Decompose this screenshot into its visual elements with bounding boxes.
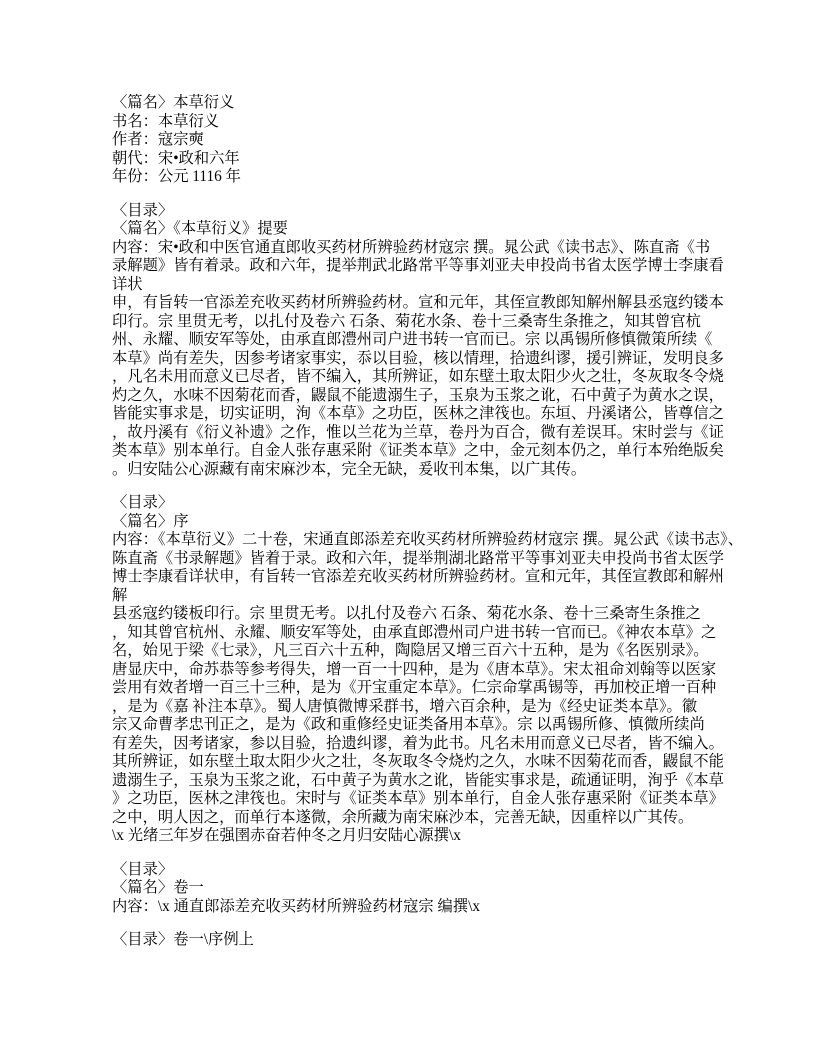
text-line: 类本草》别本单行。自金人张存惠采附《证类本草》之中，金元刻本仍之，单行本殆绝版矣 (112, 442, 746, 461)
text-line: 皆能实事求是，切实证明，洵《本草》之功臣，医林之津筏也。东垣、丹溪诸公，皆尊信之 (112, 405, 746, 424)
text-line: 〈篇名〉《本草衍义》提要 (112, 220, 746, 239)
text-line: 内容：《本草衍义》二十卷，宋通直郎添差充收买药材所辨验药材寇宗 撰。晁公武《读书… (112, 531, 746, 550)
text-line: ，故丹溪有《衍义补遗》之作，惟以兰花为兰草，卷丹为百合，微有差误耳。宋时尝与《证 (112, 424, 746, 443)
text-line: 之中，明人因之，而单行本遂微，余所藏为南宋麻沙本，完善无缺，因重梓以广其传。 (112, 809, 746, 828)
text-line: 内容：\x 通直郎添差充收买药材所辨验药材寇宗 编撰\x (112, 898, 746, 917)
text-line: 申，有旨转一官添差充收买药材所辨验药材。宣和元年，其侄宣教郎知解州解县丞寇约镂本 (112, 294, 746, 313)
text-line: 〈篇名〉序 (112, 513, 746, 532)
text-line: 。归安陆公心源藏有南宋麻沙本，完全无缺，爰收刊本集，以广其传。 (112, 461, 746, 480)
document-page: 〈篇名〉本草衍义书名：本草衍义作者：寇宗奭朝代：宋•政和六年年份：公元 1116… (0, 0, 816, 1056)
text-line: \x 光绪三年岁在强圉赤奋若仲冬之月归安陆心源撰\x (112, 827, 746, 846)
text-line: 本草》尚有差失，因参考诸家事实，忝以目验，核以情理，拾遗纠谬，援引辨证，发明良多 (112, 350, 746, 369)
text-line: ，凡名未用而意义已尽者，皆不编入，其所辨证，如东壁土取太阳少火之壮，冬灰取冬令烧 (112, 368, 746, 387)
text-line: 博士李康看详状申，有旨转一官添差充收买药材所辨验药材。宣和元年，其侄宣教郎和解州 (112, 568, 746, 587)
text-line: 朝代：宋•政和六年 (112, 150, 746, 169)
text-line: 〈篇名〉卷一 (112, 879, 746, 898)
text-line: 年份：公元 1116 年 (112, 168, 746, 187)
document-body: 〈篇名〉本草衍义书名：本草衍义作者：寇宗奭朝代：宋•政和六年年份：公元 1116… (112, 94, 746, 950)
text-line: 〈目录〉卷一\序例上 (112, 931, 746, 950)
text-line: 〈目录〉 (112, 494, 746, 513)
text-line: 解 (112, 587, 746, 606)
text-line: 宗又命曹孝忠刊正之，是为《政和重修经史证类备用本草》。宗 以禹锡所修、慎微所续尚 (112, 716, 746, 735)
text-line: 遗溺生子，玉泉为玉浆之讹，石中黄子为黄水之讹，皆能实事求是，疏通证明，洵乎《本草 (112, 772, 746, 791)
text-line: ，是为《嘉 补注本草》。蜀人唐慎微博采群书，增六百余种，是为《经史证类本草》。徽 (112, 698, 746, 717)
text-line: ，知其曾官杭州、永耀、顺安军等处，由承直郎澧州司户进书转一官而已。《神农本草》之 (112, 624, 746, 643)
text-line: 》之功臣，医林之津筏也。宋时与《证类本草》别本单行，自金人张存惠采附《证类本草》 (112, 790, 746, 809)
text-line: 唐显庆中，命苏恭等参考得失，增一百一十四种，是为《唐本草》。宋太祖命刘翰等以医家 (112, 661, 746, 680)
section-xu: 〈目录〉〈篇名〉序内容：《本草衍义》二十卷，宋通直郎添差充收买药材所辨验药材寇宗… (112, 494, 746, 846)
text-line: 名，始见于梁《七录》，凡三百六十五种，陶隐居又增三百六十五种，是为《名医别录》。 (112, 642, 746, 661)
text-line: 尝用有效者增一百三十三种，是为《开宝重定本草》。仁宗命掌禹锡等，再加校正增一百种 (112, 679, 746, 698)
section-juan-1: 〈目录〉〈篇名〉卷一内容：\x 通直郎添差充收买药材所辨验药材寇宗 编撰\x (112, 861, 746, 917)
text-line: 〈篇名〉本草衍义 (112, 94, 746, 113)
text-line: 详状 (112, 276, 746, 295)
text-line: 县丞寇约镂板印行。宗 里贯无考。以扎付及卷六 石条、菊花水条、卷十三桑寄生条推之 (112, 605, 746, 624)
text-line: 州、永耀、顺安军等处，由承直郎澧州司户进书转一官而已。宗 以禹锡所修慎微策所续《 (112, 331, 746, 350)
text-line: 内容：宋•政和中医官通直郎收买药材所辨验药材寇宗 撰。晁公武《读书志》、陈直斋《… (112, 239, 746, 258)
section-header: 〈篇名〉本草衍义书名：本草衍义作者：寇宗奭朝代：宋•政和六年年份：公元 1116… (112, 94, 746, 187)
section-tiyao: 〈目录〉〈篇名〉《本草衍义》提要内容：宋•政和中医官通直郎收买药材所辨验药材寇宗… (112, 202, 746, 480)
text-line: 〈目录〉 (112, 202, 746, 221)
text-line: 陈直斋《书录解题》皆着于录。政和六年，提举荆湖北路常平等事刘亚夫申投尚书省太医学 (112, 550, 746, 569)
text-line: 灼之久，水味不因菊花而香，鼹鼠不能遗溺生子，玉泉为玉浆之讹，石中黄子为黄水之误， (112, 387, 746, 406)
section-mulu-juan1-xulie: 〈目录〉卷一\序例上 (112, 931, 746, 950)
text-line: 其所辨证，如东壁土取太阳少火之壮，冬灰取冬令烧灼之久，水味不因菊花而香，鼹鼠不能 (112, 753, 746, 772)
text-line: 作者：寇宗奭 (112, 131, 746, 150)
text-line: 书名：本草衍义 (112, 113, 746, 132)
text-line: 〈目录〉 (112, 861, 746, 880)
text-line: 有差失，因考诸家，参以目验，拾遗纠谬，着为此书。凡名未用而意义已尽者，皆不编入。 (112, 735, 746, 754)
text-line: 印行。宗 里贯无考，以扎付及卷六 石条、菊花水条、卷十三桑寄生条推之，知其曾官杭 (112, 313, 746, 332)
text-line: 录解题》皆有着录。政和六年，提举荆武北路常平等事刘亚夫申投尚书省太医学博士李康看 (112, 257, 746, 276)
